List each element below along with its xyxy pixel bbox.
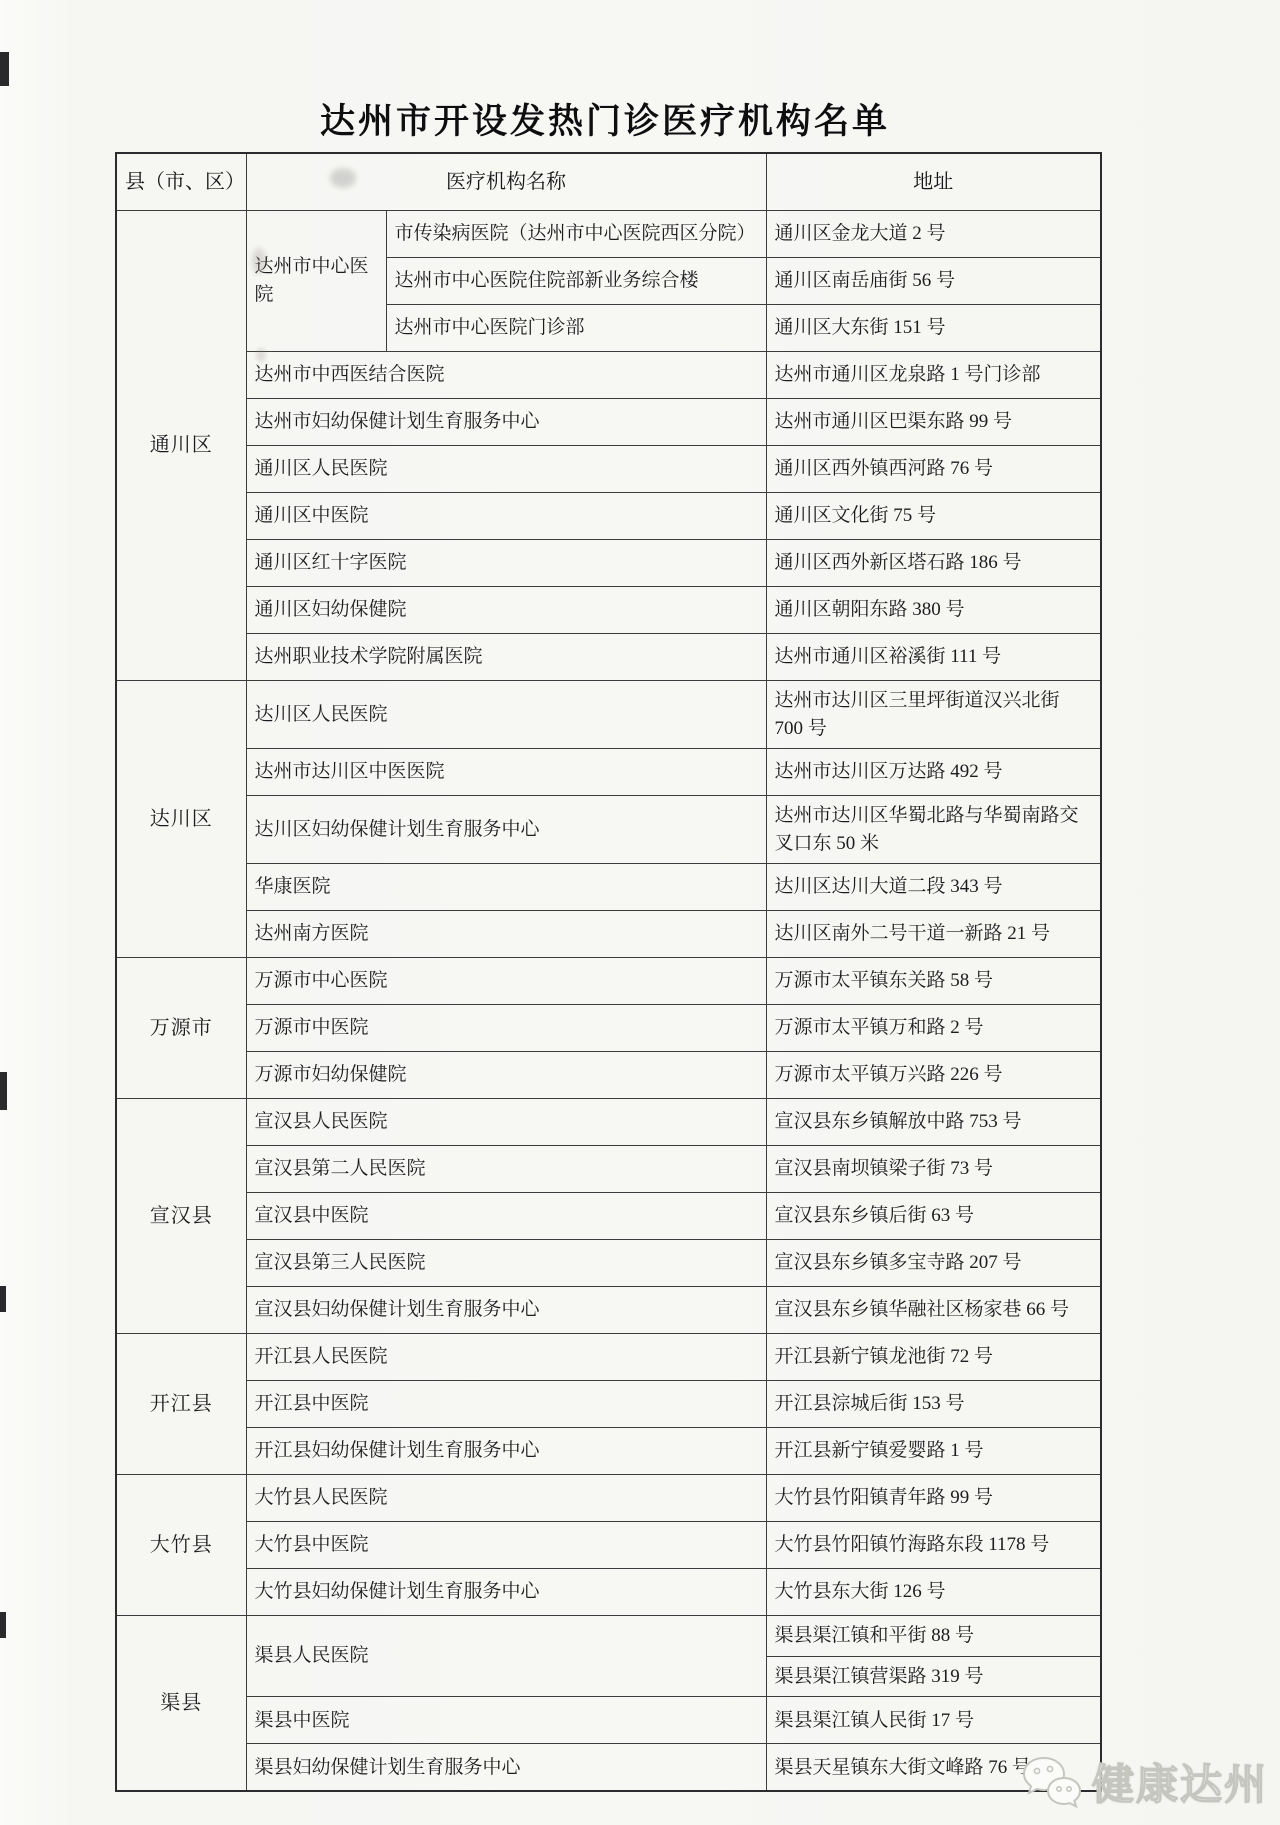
institution-cell: 达州市妇幼保健计划生育服务中心 — [246, 399, 766, 446]
institution-cell: 万源市中医院 — [246, 1005, 766, 1052]
institution-cell: 通川区妇幼保健院 — [246, 587, 766, 634]
table-row: 大竹县大竹县人民医院大竹县竹阳镇青年路 99 号 — [116, 1475, 1101, 1522]
address-cell: 万源市太平镇万和路 2 号 — [766, 1005, 1101, 1052]
address-cell: 达川区南外二号干道一新路 21 号 — [766, 911, 1101, 958]
table-row: 宣汉县第三人民医院宣汉县东乡镇多宝寺路 207 号 — [116, 1240, 1101, 1287]
institution-cell: 市传染病医院（达州市中心医院西区分院） — [386, 211, 766, 258]
region-cell: 渠县 — [116, 1616, 246, 1792]
address-cell: 大竹县东大街 126 号 — [766, 1569, 1101, 1616]
address-cell: 渠县渠江镇人民街 17 号 — [766, 1697, 1101, 1744]
institution-cell: 万源市中心医院 — [246, 958, 766, 1005]
institution-cell: 渠县妇幼保健计划生育服务中心 — [246, 1744, 766, 1792]
page-title: 达州市开设发热门诊医疗机构名单 — [0, 94, 1210, 144]
address-cell: 宣汉县东乡镇多宝寺路 207 号 — [766, 1240, 1101, 1287]
scan-edge-mark — [0, 52, 9, 86]
address-cell: 万源市太平镇东关路 58 号 — [766, 958, 1101, 1005]
institution-cell: 宣汉县人民医院 — [246, 1099, 766, 1146]
institution-cell: 华康医院 — [246, 864, 766, 911]
address-cell: 达州市达川区华蜀北路与华蜀南路交叉口东 50 米 — [766, 796, 1101, 864]
address-cell: 万源市太平镇万兴路 226 号 — [766, 1052, 1101, 1099]
address-cell: 宣汉县东乡镇后街 63 号 — [766, 1193, 1101, 1240]
table-row: 通川区红十字医院通川区西外新区塔石路 186 号 — [116, 540, 1101, 587]
scan-edge-mark — [0, 1612, 6, 1638]
table-header-row: 县（市、区） 医疗机构名称 地址 — [116, 153, 1101, 211]
institution-cell: 渠县中医院 — [246, 1697, 766, 1744]
table-row: 通川区妇幼保健院通川区朝阳东路 380 号 — [116, 587, 1101, 634]
watermark-text: 健康达州 — [1092, 1752, 1268, 1812]
region-cell: 达川区 — [116, 681, 246, 958]
table-row: 渠县中医院渠县渠江镇人民街 17 号 — [116, 1697, 1101, 1744]
table-row: 万源市中医院万源市太平镇万和路 2 号 — [116, 1005, 1101, 1052]
institution-cell: 开江县中医院 — [246, 1381, 766, 1428]
institution-cell: 宣汉县中医院 — [246, 1193, 766, 1240]
address-cell: 宣汉县东乡镇解放中路 753 号 — [766, 1099, 1101, 1146]
table-row: 宣汉县第二人民医院宣汉县南坝镇梁子街 73 号 — [116, 1146, 1101, 1193]
table-row: 通川区人民医院通川区西外镇西河路 76 号 — [116, 446, 1101, 493]
address-cell: 宣汉县东乡镇华融社区杨家巷 66 号 — [766, 1287, 1101, 1334]
table-row: 通川区中医院通川区文化街 75 号 — [116, 493, 1101, 540]
table-row: 达州市妇幼保健计划生育服务中心达州市通川区巴渠东路 99 号 — [116, 399, 1101, 446]
address-cell: 大竹县竹阳镇青年路 99 号 — [766, 1475, 1101, 1522]
table-row: 万源市万源市中心医院万源市太平镇东关路 58 号 — [116, 958, 1101, 1005]
table-row: 达州市中西医结合医院达州市通川区龙泉路 1 号门诊部 — [116, 352, 1101, 399]
address-cell: 通川区西外新区塔石路 186 号 — [766, 540, 1101, 587]
address-cell: 通川区南岳庙街 56 号 — [766, 258, 1101, 305]
institution-cell: 达州市达川区中医医院 — [246, 749, 766, 796]
wechat-icon — [1020, 1754, 1082, 1810]
table-row: 宣汉县中医院宣汉县东乡镇后街 63 号 — [116, 1193, 1101, 1240]
address-cell: 大竹县竹阳镇竹海路东段 1178 号 — [766, 1522, 1101, 1569]
address-cell: 通川区大东街 151 号 — [766, 305, 1101, 352]
watermark: 健康达州 — [1020, 1742, 1260, 1822]
table-row: 大竹县妇幼保健计划生育服务中心大竹县东大街 126 号 — [116, 1569, 1101, 1616]
table-row: 达州市达川区中医医院达州市达川区万达路 492 号 — [116, 749, 1101, 796]
address-cell: 通川区文化街 75 号 — [766, 493, 1101, 540]
table-row: 达州职业技术学院附属医院达州市通川区裕溪街 111 号 — [116, 634, 1101, 681]
institution-cell: 达州南方医院 — [246, 911, 766, 958]
header-region: 县（市、区） — [116, 153, 246, 211]
table-row: 华康医院达川区达川大道二段 343 号 — [116, 864, 1101, 911]
institution-cell: 达川区妇幼保健计划生育服务中心 — [246, 796, 766, 864]
table-row: 万源市妇幼保健院万源市太平镇万兴路 226 号 — [116, 1052, 1101, 1099]
institution-cell: 达州市中心医院门诊部 — [386, 305, 766, 352]
address-cell: 开江县新宁镇龙池街 72 号 — [766, 1334, 1101, 1381]
table-row: 渠县妇幼保健计划生育服务中心渠县天星镇东大街文峰路 76 号 — [116, 1744, 1101, 1792]
address-cell: 达川区达川大道二段 343 号 — [766, 864, 1101, 911]
address-cell: 通川区金龙大道 2 号 — [766, 211, 1101, 258]
address-cell: 通川区朝阳东路 380 号 — [766, 587, 1101, 634]
table-row: 渠县渠县人民医院渠县渠江镇和平街 88 号 — [116, 1616, 1101, 1657]
table-row: 达川区妇幼保健计划生育服务中心达州市达川区华蜀北路与华蜀南路交叉口东 50 米 — [116, 796, 1101, 864]
institution-cell: 宣汉县妇幼保健计划生育服务中心 — [246, 1287, 766, 1334]
table-row: 宣汉县宣汉县人民医院宣汉县东乡镇解放中路 753 号 — [116, 1099, 1101, 1146]
address-cell: 宣汉县南坝镇梁子街 73 号 — [766, 1146, 1101, 1193]
institution-cell: 达州市中西医结合医院 — [246, 352, 766, 399]
institution-cell: 大竹县妇幼保健计划生育服务中心 — [246, 1569, 766, 1616]
table-row: 大竹县中医院大竹县竹阳镇竹海路东段 1178 号 — [116, 1522, 1101, 1569]
region-cell: 通川区 — [116, 211, 246, 681]
address-cell: 达州市通川区巴渠东路 99 号 — [766, 399, 1101, 446]
table-body: 通川区达州市中心医院市传染病医院（达州市中心医院西区分院）通川区金龙大道 2 号… — [116, 211, 1101, 1792]
table-row: 开江县妇幼保健计划生育服务中心开江县新宁镇爱婴路 1 号 — [116, 1428, 1101, 1475]
address-cell: 达州市通川区裕溪街 111 号 — [766, 634, 1101, 681]
address-cell: 渠县渠江镇和平街 88 号 — [766, 1616, 1101, 1657]
institution-cell: 通川区红十字医院 — [246, 540, 766, 587]
institution-cell: 宣汉县第二人民医院 — [246, 1146, 766, 1193]
address-cell: 达州市达川区万达路 492 号 — [766, 749, 1101, 796]
institution-cell: 达州市中心医院住院部新业务综合楼 — [386, 258, 766, 305]
institution-cell: 达川区人民医院 — [246, 681, 766, 749]
address-cell: 渠县渠江镇营渠路 319 号 — [766, 1656, 1101, 1697]
institution-cell: 开江县妇幼保健计划生育服务中心 — [246, 1428, 766, 1475]
institution-cell: 达州职业技术学院附属医院 — [246, 634, 766, 681]
region-cell: 宣汉县 — [116, 1099, 246, 1334]
header-address: 地址 — [766, 153, 1101, 211]
table-row: 开江县开江县人民医院开江县新宁镇龙池街 72 号 — [116, 1334, 1101, 1381]
institution-cell: 宣汉县第三人民医院 — [246, 1240, 766, 1287]
institution-cell: 大竹县中医院 — [246, 1522, 766, 1569]
address-cell: 通川区西外镇西河路 76 号 — [766, 446, 1101, 493]
header-institution: 医疗机构名称 — [246, 153, 766, 211]
institution-cell: 通川区中医院 — [246, 493, 766, 540]
address-cell: 开江县淙城后街 153 号 — [766, 1381, 1101, 1428]
institution-cell: 万源市妇幼保健院 — [246, 1052, 766, 1099]
region-cell: 开江县 — [116, 1334, 246, 1475]
table-row: 达州南方医院达川区南外二号干道一新路 21 号 — [116, 911, 1101, 958]
institution-cell: 渠县人民医院 — [246, 1616, 766, 1697]
address-cell: 开江县新宁镇爱婴路 1 号 — [766, 1428, 1101, 1475]
institution-cell: 开江县人民医院 — [246, 1334, 766, 1381]
table-row: 宣汉县妇幼保健计划生育服务中心宣汉县东乡镇华融社区杨家巷 66 号 — [116, 1287, 1101, 1334]
group-name-cell: 达州市中心医院 — [246, 211, 386, 352]
address-cell: 达州市通川区龙泉路 1 号门诊部 — [766, 352, 1101, 399]
region-cell: 万源市 — [116, 958, 246, 1099]
institution-cell: 大竹县人民医院 — [246, 1475, 766, 1522]
fever-clinic-table: 县（市、区） 医疗机构名称 地址 通川区达州市中心医院市传染病医院（达州市中心医… — [115, 152, 1102, 1792]
table-row: 通川区达州市中心医院市传染病医院（达州市中心医院西区分院）通川区金龙大道 2 号 — [116, 211, 1101, 258]
table-row: 达川区达川区人民医院达州市达川区三里坪街道汉兴北街 700 号 — [116, 681, 1101, 749]
scan-edge-mark — [0, 1286, 6, 1312]
address-cell: 达州市达川区三里坪街道汉兴北街 700 号 — [766, 681, 1101, 749]
region-cell: 大竹县 — [116, 1475, 246, 1616]
table-row: 开江县中医院开江县淙城后街 153 号 — [116, 1381, 1101, 1428]
institution-cell: 通川区人民医院 — [246, 446, 766, 493]
scan-edge-mark — [0, 1072, 7, 1110]
